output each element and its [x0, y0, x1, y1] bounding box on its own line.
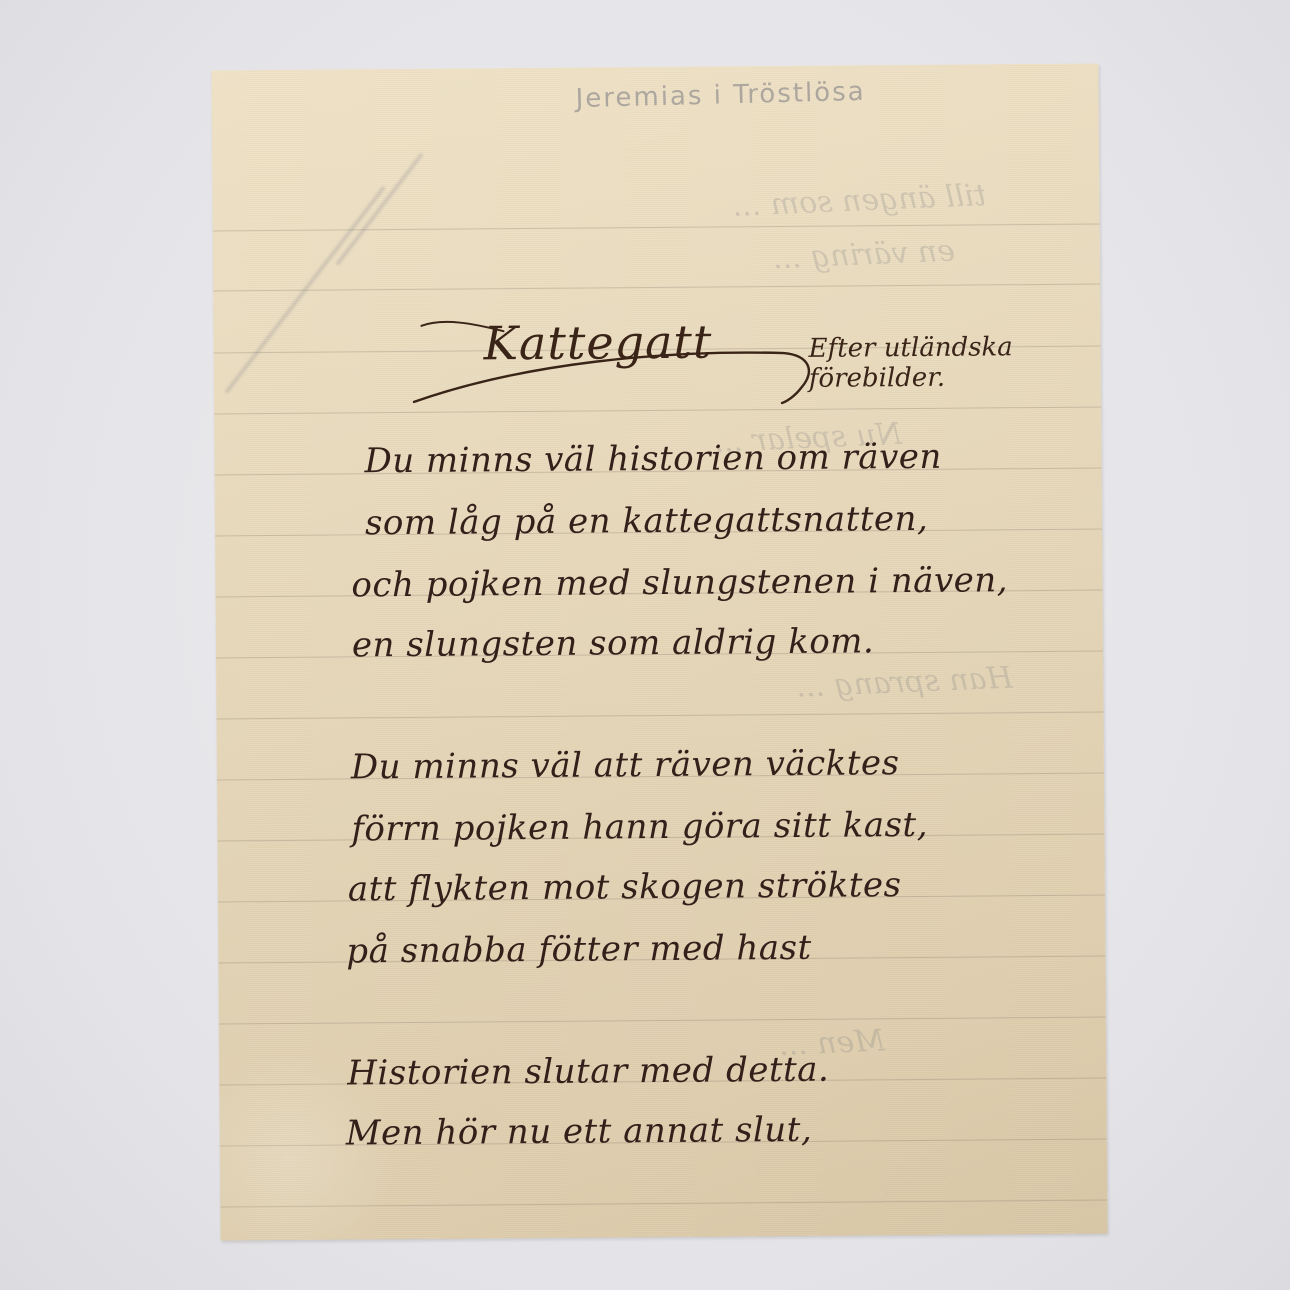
poem-line: som låg på en kattegattsnatten, — [365, 499, 929, 543]
poem-line: att flykten mot skogen ströktes — [348, 865, 902, 909]
ruled-line — [219, 1017, 1106, 1025]
bleed-through-text: Han sprang ... — [796, 660, 1014, 704]
poem-line: Historien slutar med detta. — [347, 1050, 829, 1094]
poem-subtitle: Efter utländska förebilder. — [809, 332, 1101, 394]
poem-line: på snabba fötter med hast — [346, 928, 812, 972]
ruled-line — [213, 284, 1100, 292]
manuscript-page: till ängen som ... en väring ... Nu spel… — [211, 64, 1107, 1241]
pencil-annotation: Jeremias i Tröstlösa — [575, 77, 866, 114]
poem-title: Kattegatt — [483, 315, 712, 371]
poem-line: och pojken med slungstenen i näven, — [351, 560, 1008, 605]
pencil-streak — [335, 152, 423, 265]
ruled-line — [213, 224, 1100, 232]
bleed-through-text: en väring ... — [772, 234, 955, 277]
bleed-through-text: till ängen som ... — [732, 178, 987, 224]
poem-line: Du minns väl historien om räven — [364, 437, 942, 482]
poem-line: Du minns väl att räven väcktes — [351, 743, 900, 787]
poem-line: en slungsten som aldrig kom. — [352, 621, 875, 665]
ruled-line — [217, 712, 1104, 720]
poem-line: förrn pojken hann göra sitt kast, — [351, 805, 928, 850]
poem-line: Men hör nu ett annat slut, — [346, 1110, 813, 1154]
